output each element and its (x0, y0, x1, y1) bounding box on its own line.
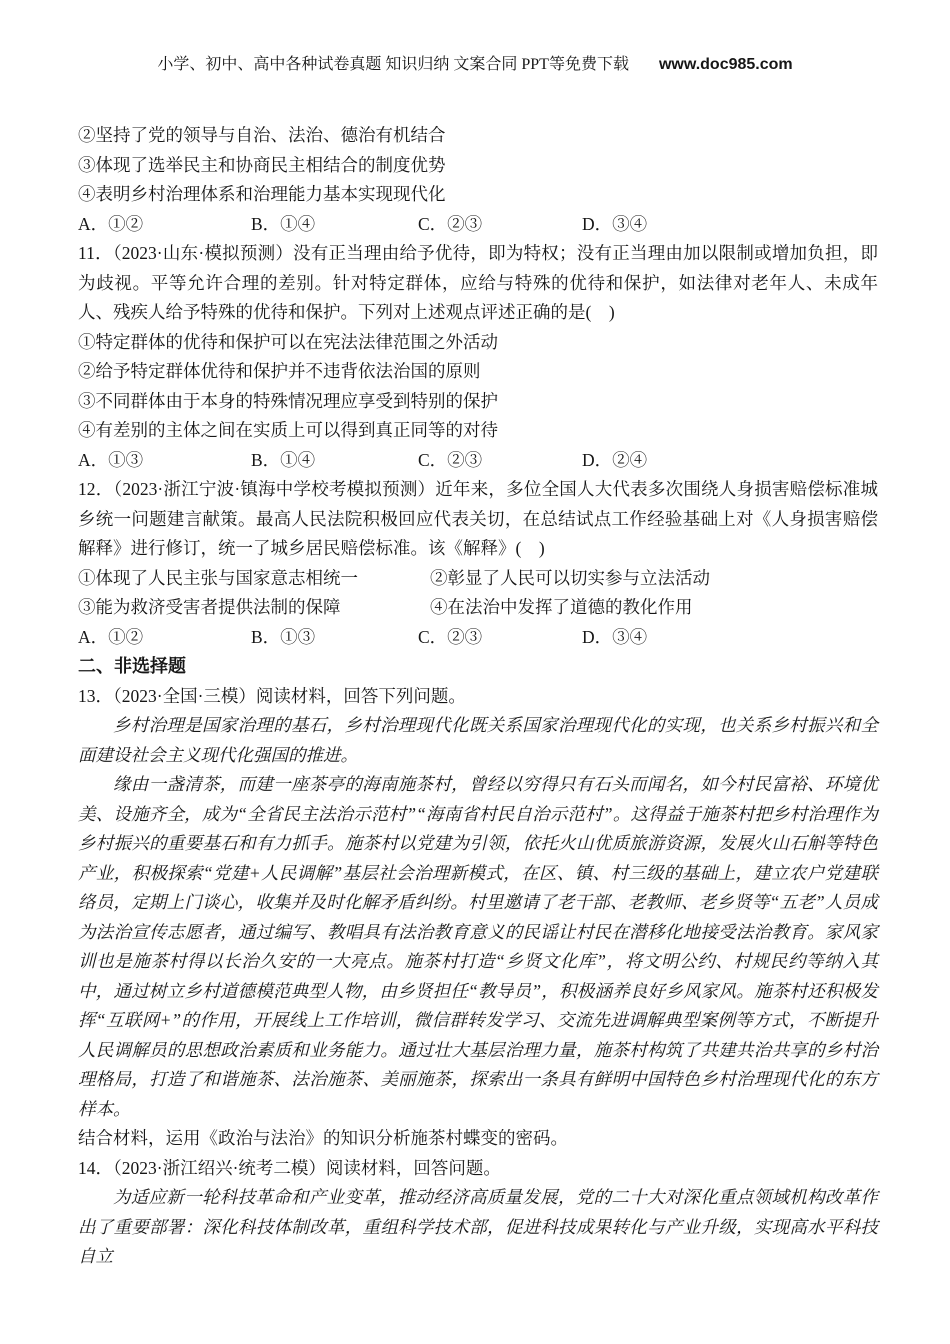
q12-option-2: ②彰显了人民可以切实参与立法活动 (430, 564, 878, 594)
q12-choice-row: A．①② B．①③ C．②③ D．③④ (78, 623, 878, 653)
q13-material-para-1: 乡村治理是国家治理的基石，乡村治理现代化既关系国家治理现代化的实现，也关系乡村振… (78, 711, 878, 770)
q10-choice-b: B．①④ (251, 210, 418, 240)
q11-stem: 11．（2023·山东·模拟预测）没有正当理由给予优待，即为特权；没有正当理由加… (78, 239, 878, 328)
q11-option-2: ②给予特定群体优待和保护并不违背依法治国的原则 (78, 357, 878, 387)
q14-material-para-1: 为适应新一轮科技革命和产业变革，推动经济高质量发展，党的二十大对深化重点领域机构… (78, 1183, 878, 1272)
q14-intro: 14．（2023·浙江绍兴·统考二模）阅读材料，回答问题。 (78, 1154, 878, 1184)
header-promo-text: 小学、初中、高中各种试卷真题 知识归纳 文案合同 PPT等免费下载 (157, 56, 629, 73)
q12-option-1: ①体现了人民主张与国家意志相统一 (78, 564, 430, 594)
q11-choice-a: A．①③ (78, 446, 251, 476)
q11-option-3: ③不同群体由于本身的特殊情况理应享受到特别的保护 (78, 387, 878, 417)
exam-content: ②坚持了党的领导与自治、法治、德治有机结合 ③体现了选举民主和协商民主相结合的制… (78, 121, 878, 1272)
section-2-title: 二、非选择题 (78, 652, 878, 682)
q12-stem: 12．（2023·浙江宁波·镇海中学校考模拟预测）近年来，多位全国人大代表多次围… (78, 475, 878, 564)
q12-choice-d: D．③④ (582, 623, 878, 653)
q11-choice-b: B．①④ (251, 446, 418, 476)
q12-choice-b: B．①③ (251, 623, 418, 653)
q11-option-1: ①特定群体的优待和保护可以在宪法法律范围之外活动 (78, 328, 878, 358)
q11-choice-c: C．②③ (418, 446, 582, 476)
q11-option-4: ④有差别的主体之间在实质上可以得到真正同等的对待 (78, 416, 878, 446)
header-site-link[interactable]: www.doc985.com (659, 56, 793, 73)
q12-choice-c: C．②③ (418, 623, 582, 653)
q13-intro: 13．（2023·全国·三模）阅读材料，回答下列问题。 (78, 682, 878, 712)
q12-option-3: ③能为救济受害者提供法制的保障 (78, 593, 430, 623)
q10-option-2: ②坚持了党的领导与自治、法治、德治有机结合 (78, 121, 878, 151)
q10-option-4: ④表明乡村治理体系和治理能力基本实现现代化 (78, 180, 878, 210)
q10-option-3: ③体现了选举民主和协商民主相结合的制度优势 (78, 151, 878, 181)
q11-choice-row: A．①③ B．①④ C．②③ D．②④ (78, 446, 878, 476)
q13-material-para-2: 缘由一盏清茶，而建一座茶亭的海南施茶村，曾经以穷得只有石头而闻名，如今村民富裕、… (78, 770, 878, 1124)
page-header: 小学、初中、高中各种试卷真题 知识归纳 文案合同 PPT等免费下载www.doc… (0, 54, 950, 76)
q11-choice-d: D．②④ (582, 446, 878, 476)
q13-task: 结合材料，运用《政治与法治》的知识分析施茶村蝶变的密码。 (78, 1124, 878, 1154)
q10-choice-d: D．③④ (582, 210, 878, 240)
q10-choice-c: C．②③ (418, 210, 582, 240)
q10-choice-a: A．①② (78, 210, 251, 240)
q12-choice-a: A．①② (78, 623, 251, 653)
q12-option-4: ④在法治中发挥了道德的教化作用 (430, 593, 878, 623)
q10-choice-row: A．①② B．①④ C．②③ D．③④ (78, 210, 878, 240)
q12-option-row-2: ③能为救济受害者提供法制的保障 ④在法治中发挥了道德的教化作用 (78, 593, 878, 623)
q12-option-row-1: ①体现了人民主张与国家意志相统一 ②彰显了人民可以切实参与立法活动 (78, 564, 878, 594)
